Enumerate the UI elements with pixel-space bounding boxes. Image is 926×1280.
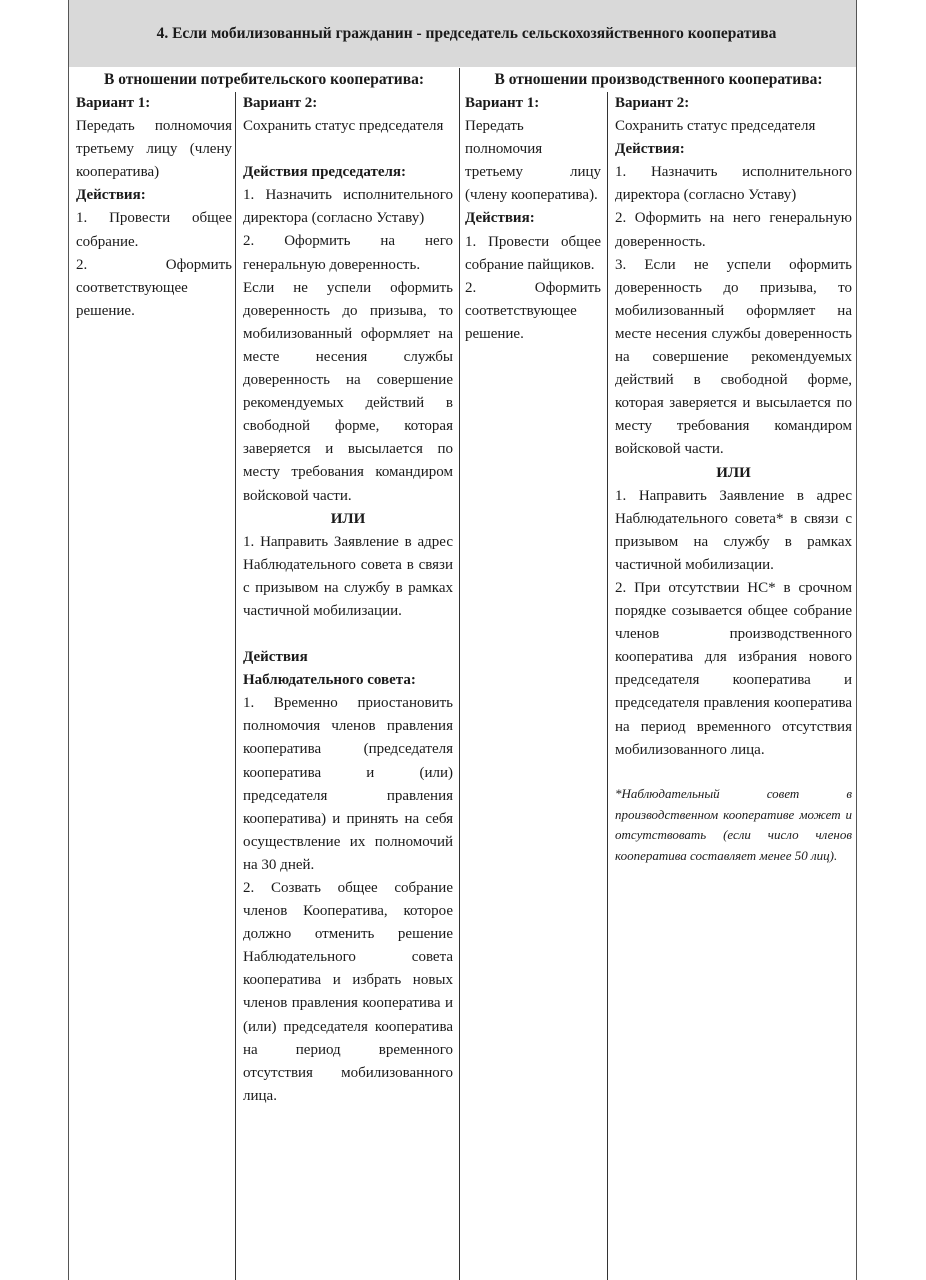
- actions-label: Действия:: [615, 138, 852, 161]
- board-actions-label: Действия: [243, 646, 453, 669]
- board-actions-label: Наблюдательного совета:: [243, 669, 453, 692]
- alt-action-item: 2. При отсутствии НС* в срочном порядке …: [615, 577, 852, 762]
- variant-label: Вариант 2:: [243, 92, 453, 115]
- consumer-variant-1: Вариант 1: Передать полномочия третьему …: [76, 92, 232, 323]
- alt-action-item: 1. Направить Заявление в адрес Наблюдате…: [615, 485, 852, 577]
- variant-summary: Передать полномочия третьему лицу (члену…: [465, 115, 601, 207]
- alt-action-item: 1. Направить Заявление в адрес Наблюдате…: [243, 531, 453, 623]
- production-variant-1: Вариант 1: Передать полномочия третьему …: [465, 92, 601, 346]
- action-item: 1. Назначить исполнительного директора (…: [243, 184, 453, 230]
- footnote: *Наблюдательный совет в производственном…: [615, 784, 852, 867]
- page-title: 4. Если мобилизованный гражданин - предс…: [149, 25, 777, 43]
- actions-label: Действия:: [76, 184, 232, 207]
- consumer-variant-2: Вариант 2: Сохранить статус председателя…: [243, 92, 453, 1108]
- variant-label: Вариант 1:: [76, 92, 232, 115]
- variant-summary: Сохранить статус председателя: [243, 115, 453, 138]
- action-item: 1. Провести общее собрание пайщиков.: [465, 231, 601, 277]
- actions-label: Действия председателя:: [243, 161, 453, 184]
- title-band: 4. Если мобилизованный гражданин - предс…: [69, 0, 856, 67]
- group-heading-production: В отношении производственного кооператив…: [459, 68, 858, 92]
- action-item: 2. Оформить соответствующее решение.: [465, 277, 601, 346]
- note: Если не успели оформить доверенность до …: [243, 277, 453, 508]
- action-item: 2. Оформить на него генеральную доверенн…: [243, 230, 453, 276]
- group-heading-consumer: В отношении потребительского кооператива…: [69, 68, 459, 92]
- or-separator: ИЛИ: [243, 508, 453, 531]
- column-divider: [235, 92, 236, 1280]
- document-page: 4. Если мобилизованный гражданин - предс…: [68, 0, 857, 1280]
- variant-summary: Сохранить статус председателя: [615, 115, 852, 138]
- variant-summary: Передать полномочия третьему лицу (члену…: [76, 115, 232, 184]
- actions-label: Действия:: [465, 207, 601, 230]
- action-item: 1. Провести общее собрание.: [76, 207, 232, 253]
- or-separator: ИЛИ: [615, 462, 852, 485]
- action-item: 2. Оформить на него генеральную доверенн…: [615, 207, 852, 253]
- group-divider: [459, 68, 460, 1280]
- variant-label: Вариант 2:: [615, 92, 852, 115]
- variant-label: Вариант 1:: [465, 92, 601, 115]
- column-divider: [607, 92, 608, 1280]
- board-action-item: 1. Временно приостановить полномочия чле…: [243, 692, 453, 877]
- production-variant-2: Вариант 2: Сохранить статус председателя…: [615, 92, 852, 867]
- action-item: 3. Если не успели оформить доверенность …: [615, 254, 852, 462]
- action-item: 1. Назначить исполнительного директора (…: [615, 161, 852, 207]
- board-action-item: 2. Созвать общее собрание членов Коопера…: [243, 877, 453, 1108]
- action-item: 2. Оформить соответствующее решение.: [76, 254, 232, 323]
